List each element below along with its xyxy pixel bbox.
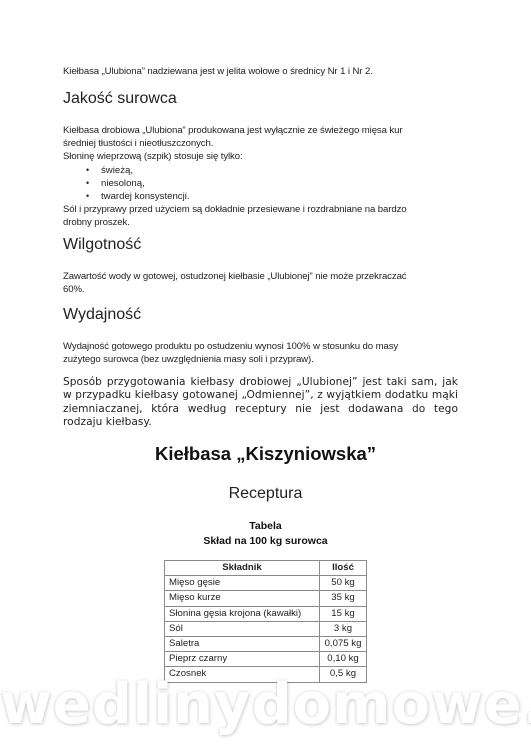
ingredient-name: Pieprz czarny bbox=[165, 652, 320, 667]
ingredient-quantity: 0,075 kg bbox=[320, 636, 367, 651]
ingredient-quantity: 50 kg bbox=[320, 576, 367, 591]
recipe-table: Składnik Ilość Mięso gęsie50 kgMięso kur… bbox=[164, 560, 367, 683]
table-row: Sól3 kg bbox=[165, 621, 367, 636]
bullet-item: świeżą, bbox=[63, 164, 407, 177]
column-header-ilosc: Ilość bbox=[320, 561, 367, 576]
paragraph-line: Zawartość wody w gotowej, ostudzonej kie… bbox=[63, 270, 407, 283]
table-caption: Skład na 100 kg surowca bbox=[0, 533, 531, 549]
preparation-note: Sposób przygotowania kiełbasy drobiowej … bbox=[63, 376, 458, 429]
paragraph-line: Wydajność gotowego produktu po ostudzeni… bbox=[63, 340, 398, 353]
bullet-item: niesoloną, bbox=[63, 177, 407, 190]
ingredient-quantity: 0,5 kg bbox=[320, 667, 367, 682]
recipe-title: Kiełbasa „Kiszyniowska” bbox=[0, 443, 531, 465]
paragraph-line: Kiełbasa drobiowa „Ulubiona” produkowana… bbox=[63, 124, 407, 137]
recipe-subtitle: Receptura bbox=[0, 485, 531, 503]
paragraph-line: 60%. bbox=[63, 283, 407, 296]
ingredient-name: Mięso gęsie bbox=[165, 576, 320, 591]
heading-jakosc-surowca: Jakość surowca bbox=[63, 90, 177, 108]
intro-line: Kiełbasa „Ulubiona” nadziewana jest w je… bbox=[63, 65, 373, 78]
ingredient-name: Sól bbox=[165, 621, 320, 636]
recipe-table-body: Mięso gęsie50 kgMięso kurze35 kgSłonina … bbox=[165, 576, 367, 682]
paragraph-line: Słoninę wieprzową (szpik) stosuje się ty… bbox=[63, 150, 407, 163]
section-jakosc-body: Kiełbasa drobiowa „Ulubiona” produkowana… bbox=[63, 124, 407, 229]
table-header-row: Składnik Ilość bbox=[165, 561, 367, 576]
table-row: Pieprz czarny0,10 kg bbox=[165, 652, 367, 667]
section-wilgotnosc-body: Zawartość wody w gotowej, ostudzonej kie… bbox=[63, 270, 407, 296]
ingredient-quantity: 0,10 kg bbox=[320, 652, 367, 667]
bullet-list: świeżą, niesoloną, twardej konsystencji. bbox=[63, 164, 407, 203]
heading-wilgotnosc: Wilgotność bbox=[63, 236, 141, 254]
table-row: Czosnek0,5 kg bbox=[165, 667, 367, 682]
paragraph-line: Sól i przyprawy przed użyciem są dokładn… bbox=[63, 203, 407, 216]
paragraph-line: średniej tłustości i nieotłuszczonych. bbox=[63, 137, 407, 150]
heading-wydajnosc: Wydajność bbox=[63, 306, 141, 324]
column-header-skladnik: Składnik bbox=[165, 561, 320, 576]
table-row: Słonina gęsia krojona (kawałki)15 kg bbox=[165, 606, 367, 621]
ingredient-quantity: 3 kg bbox=[320, 621, 367, 636]
ingredient-name: Saletra bbox=[165, 636, 320, 651]
ingredient-quantity: 15 kg bbox=[320, 606, 367, 621]
table-label: Tabela bbox=[0, 518, 531, 534]
paragraph-line: drobny proszek. bbox=[63, 216, 407, 229]
table-row: Saletra0,075 kg bbox=[165, 636, 367, 651]
ingredient-name: Słonina gęsia krojona (kawałki) bbox=[165, 606, 320, 621]
paragraph-line: zużytego surowca (bez uwzględnienia masy… bbox=[63, 353, 398, 366]
ingredient-name: Czosnek bbox=[165, 667, 320, 682]
table-row: Mięso gęsie50 kg bbox=[165, 576, 367, 591]
section-wydajnosc-body: Wydajność gotowego produktu po ostudzeni… bbox=[63, 340, 398, 366]
ingredient-name: Mięso kurze bbox=[165, 591, 320, 606]
bullet-item: twardej konsystencji. bbox=[63, 190, 407, 203]
document-page: Kiełbasa „Ulubiona” nadziewana jest w je… bbox=[0, 0, 531, 750]
table-row: Mięso kurze35 kg bbox=[165, 591, 367, 606]
ingredient-quantity: 35 kg bbox=[320, 591, 367, 606]
